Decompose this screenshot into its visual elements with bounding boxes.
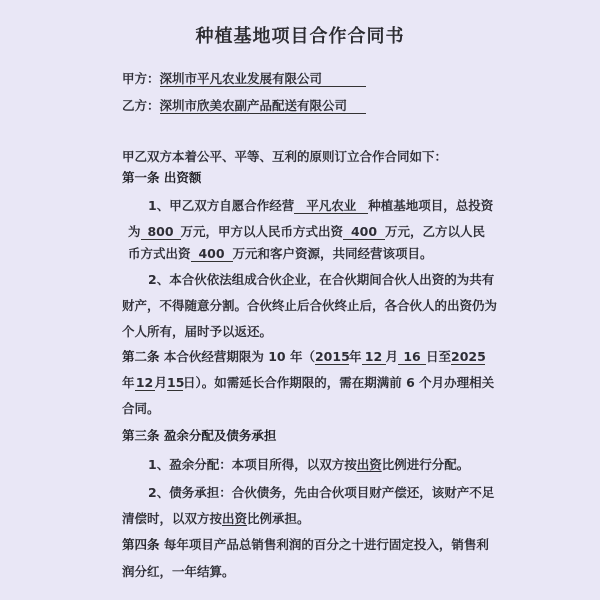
article-2-heading: 第二条 [122, 349, 160, 364]
project-name-field: 平凡农业 [294, 199, 368, 214]
text: 币方式出资 [128, 246, 191, 261]
text: 万元和客户资源，共同经营该项目。 [233, 246, 433, 261]
party-a-line: 甲方：深圳市平凡农业发展有限公司 [122, 69, 366, 87]
article-2-line3: 合同。 [122, 399, 160, 417]
party-a-label: 甲方： [122, 71, 160, 86]
contract-page: 种植基地项目合作合同书 甲方：深圳市平凡农业发展有限公司 乙方：深圳市欣美农副产… [0, 0, 600, 600]
article-1-p1-line1: 1、甲乙双方自愿合作经营平凡农业种植基地项目，总投资 [148, 196, 493, 214]
article-4-line2: 润分红，一年结算。 [122, 562, 235, 580]
article-4-heading: 第四条 [122, 537, 160, 552]
text: 1、盈余分配：本项目所得，以双方按 [148, 457, 357, 472]
party-b-name: 深圳市欣美农副产品配送有限公司 [160, 99, 366, 114]
text: 种植基地项目，总投资 [368, 198, 493, 213]
total-investment-field: 800 [141, 225, 181, 240]
party-b-amount-field: 400 [191, 247, 233, 262]
article-1-heading: 第一条 出资额 [122, 168, 201, 186]
text: 万元，乙方以人民 [385, 224, 485, 239]
preamble: 甲乙双方本着公平、平等、互利的原则订立合作合同如下： [122, 147, 447, 165]
article-3-p2-line2: 清偿时，以双方按出资比例承担。 [122, 509, 310, 527]
article-1-p1-line3: 币方式出资400万元和客户资源，共同经营该项目。 [128, 244, 433, 262]
text: 1、甲乙双方自愿合作经营 [148, 198, 294, 213]
underlined-text: 出资 [357, 457, 382, 472]
text: 比例承担。 [247, 511, 310, 526]
article-1-p2-line2: 财产，不得随意分割。合伙终止后合伙终止后，各合伙人的出资仍为 [122, 296, 497, 314]
party-a-amount-field: 400 [343, 225, 385, 240]
text: 年 [122, 375, 135, 390]
article-1-p1-line2: 为800万元，甲方以人民币方式出资400万元，乙方以人民 [128, 222, 485, 240]
end-day-field: 15 [167, 376, 183, 391]
text: 月 [155, 375, 168, 390]
text: 本合伙经营期限为 10 年（ [164, 349, 315, 364]
document-title: 种植基地项目合作合同书 [0, 22, 600, 48]
article-1-p2-line1: 2、本合伙依法组成合伙企业，在合伙期间合伙人出资的为共有 [148, 270, 494, 288]
text: 清偿时，以双方按 [122, 511, 222, 526]
text: 为 [128, 224, 141, 239]
article-3-p2-line1: 2、债务承担：合伙债务，先由合伙项目财产偿还，该财产不足 [148, 483, 494, 501]
text: 月 [386, 349, 399, 364]
end-year-field: 2025 [451, 350, 485, 365]
text: 年 [349, 349, 362, 364]
end-month-field: 12 [135, 376, 155, 391]
text: 日）。如需延长合作期限的，需在期满前 6 个月办理相关 [183, 375, 494, 390]
party-a-name: 深圳市平凡农业发展有限公司 [160, 72, 366, 87]
party-b-label: 乙方： [122, 98, 160, 113]
article-1-p2-line3: 个人所有，届时予以返还。 [122, 322, 272, 340]
text: 比例进行分配。 [382, 457, 470, 472]
text: 万元，甲方以人民币方式出资 [181, 224, 344, 239]
article-4-line1: 第四条 每年项目产品总销售利润的百分之十进行固定投入，销售利 [122, 535, 489, 553]
article-2-line1: 第二条 本合伙经营期限为 10 年（2015年12月16日至2025 [122, 347, 485, 365]
article-3-p1: 1、盈余分配：本项目所得，以双方按出资比例进行分配。 [148, 455, 469, 473]
underlined-text: 出资 [222, 511, 247, 526]
article-3-heading: 第三条 盈余分配及债务承担 [122, 426, 276, 444]
article-2-line2: 年12月15日）。如需延长合作期限的，需在期满前 6 个月办理相关 [122, 373, 494, 391]
text: 日至 [426, 349, 451, 364]
start-year-field: 2015 [315, 350, 349, 365]
party-b-line: 乙方：深圳市欣美农副产品配送有限公司 [122, 96, 366, 114]
start-month-field: 12 [362, 350, 386, 365]
text: 每年项目产品总销售利润的百分之十进行固定投入，销售利 [164, 537, 489, 552]
start-day-field: 16 [398, 350, 426, 365]
